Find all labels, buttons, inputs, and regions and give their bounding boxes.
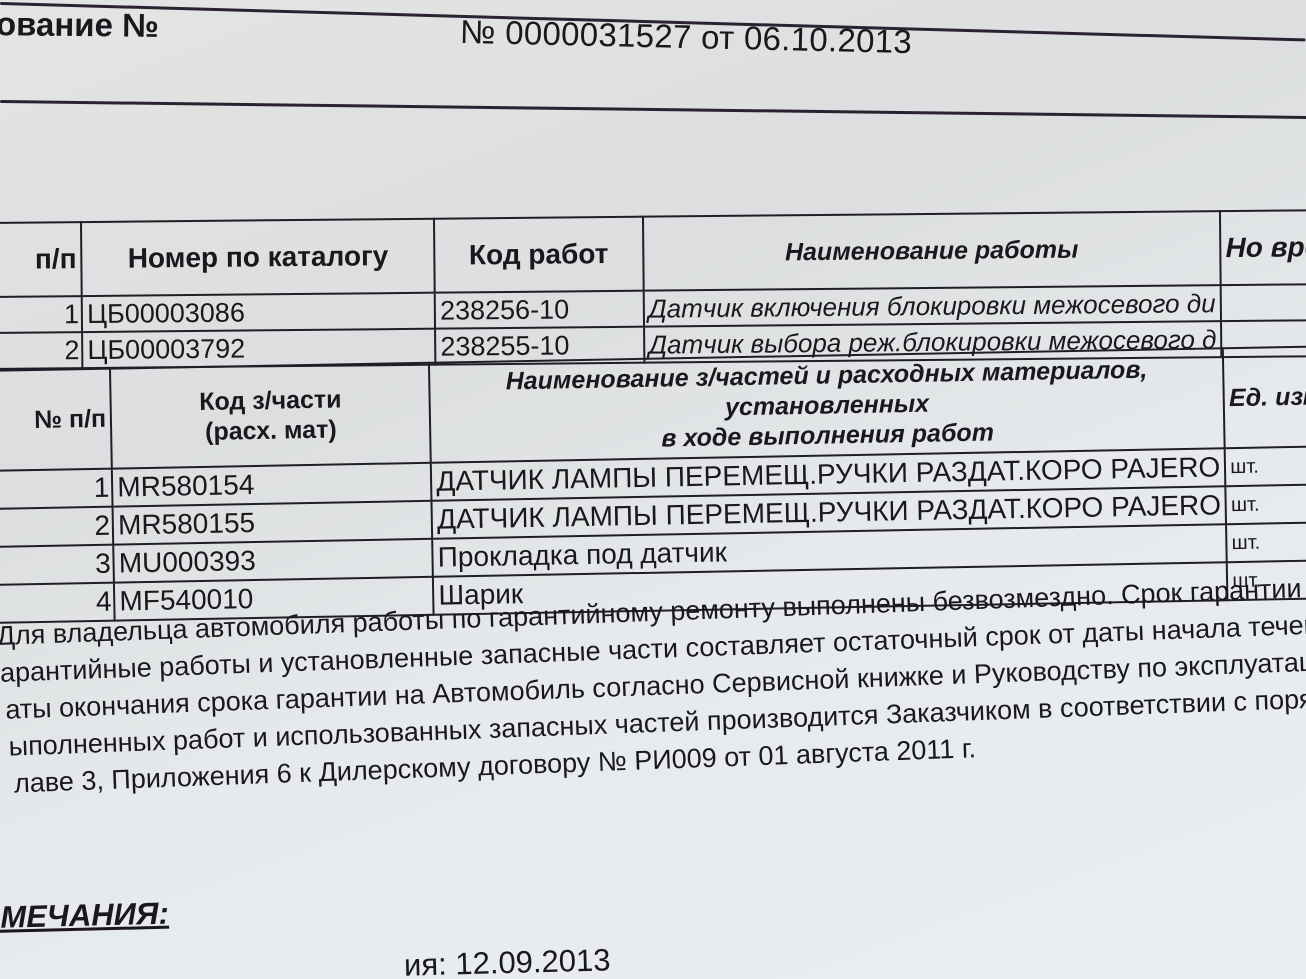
part-code: MU000393 (113, 539, 433, 583)
part-unit: шт. (1226, 484, 1306, 524)
remarks-date: ия: 12.09.2013 (404, 942, 611, 979)
part-row-num: 3 (0, 545, 114, 585)
part-unit: шт. (1226, 522, 1306, 562)
part-code: MR580154 (112, 463, 432, 507)
works-table-container: п/п Номер по каталогу Код работ Наименов… (0, 209, 1306, 370)
works-table: п/п Номер по каталогу Код работ Наименов… (0, 209, 1306, 370)
part-code-header-line2: (расх. мат) (116, 413, 426, 449)
part-row-num: 1 (0, 469, 113, 509)
row-num: 2 (0, 332, 83, 369)
document-title-fragment: ование № (0, 5, 159, 45)
col-header-unit: Ед. изм (1223, 346, 1306, 448)
row-num: 1 (0, 296, 82, 333)
norm-time (1221, 284, 1306, 321)
catalog-number: ЦБ00003086 (82, 293, 435, 332)
col-header-num: п/п (0, 222, 82, 297)
work-name: Датчик включения блокировки межосевого д… (643, 285, 1221, 327)
part-unit: шт. (1225, 446, 1306, 486)
works-table-header: п/п Номер по каталогу Код работ Наименов… (0, 210, 1306, 297)
col-header-part-code: Код з/части (расх. мат) (110, 363, 431, 469)
col-header-norm-time: Но вре (1220, 210, 1306, 285)
work-code: 238256-10 (435, 291, 644, 329)
document-number: № 0000031527 от 06.10.2013 (460, 13, 913, 61)
document-page: ование № № 0000031527 от 06.10.2013 п/п … (0, 0, 1306, 979)
col-header-work-code: Код работ (434, 217, 643, 293)
header-divider (0, 100, 1306, 119)
col-header-part-name: Наименование з/частей и расходных матери… (429, 348, 1225, 463)
remarks-heading: АМЕЧАНИЯ: (0, 896, 169, 937)
part-row-num: 2 (0, 507, 113, 547)
part-code: MR580155 (113, 501, 433, 545)
col-header-part-num: № п/п (0, 369, 112, 471)
col-header-work-name: Наименование работы (643, 211, 1221, 291)
col-header-catalog-number: Номер по каталогу (81, 219, 435, 296)
